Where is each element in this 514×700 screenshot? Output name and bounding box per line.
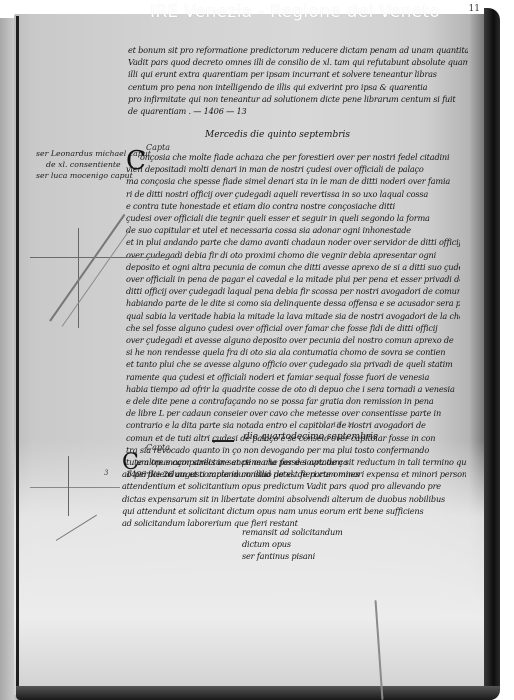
heading-dash — [212, 440, 234, 442]
text-line: e dele dite pene a contrafaçando no se p… — [126, 395, 460, 407]
text-line: ser fantinus pisani — [242, 550, 343, 562]
text-line: ditti officij over çudegadi laqual pena … — [126, 285, 460, 297]
text-line: over çudegadi et avesse alguno deposito … — [126, 334, 460, 346]
text-line: de suo capitular et utel et necessaria c… — [126, 224, 460, 236]
date-heading: Mercedis die quinto septembris — [205, 130, 350, 140]
text-line: de libre L per cadaun conseier over cavo… — [126, 407, 460, 419]
text-line: deposito et ogni altra pecunia de comun … — [126, 261, 460, 273]
text-line: habia tiempo ad ofrir la quadrite cosse … — [126, 383, 460, 395]
text-block-section2: um opus campanilis in sancti maria per d… — [136, 456, 466, 529]
margin-numeral: 3 — [104, 469, 108, 477]
page-right-edge-shadow — [484, 8, 500, 698]
text-line: attendentium et solicitantium opus predi… — [122, 480, 466, 492]
text-line: et bonum sit pro reformatione predictoru… — [128, 44, 468, 56]
text-line: ad perficiendum et complendum illud pote… — [122, 468, 466, 480]
date-heading-2: die quartodecimo septembris — [244, 432, 378, 442]
text-line: de quarentiam . — 1406 — 13 — [128, 105, 468, 117]
text-line: et in plui andando parte che damo avanti… — [126, 236, 460, 248]
margin-horizontal-rule-2 — [30, 487, 120, 488]
folio-number: 11 — [469, 4, 480, 14]
text-line: pro infirmitate qui non teneantur ad sol… — [128, 93, 468, 105]
text-line: remansit ad solicitandum — [242, 526, 343, 538]
text-line: habiando parte de le dite si como sia de… — [126, 297, 460, 309]
text-line: illi qui erunt extra quarentiam per ipsa… — [128, 68, 468, 80]
tally-marks: 14 · 13 · 11 — [318, 421, 355, 429]
text-line: over çudegadi debia fir di oto proximi c… — [126, 249, 460, 261]
text-line: ma conçosia che spesse fiade simel denar… — [126, 175, 460, 187]
margin-horizontal-rule — [30, 257, 180, 258]
text-line: ramente qua çudesi et officiali noderi e… — [126, 371, 460, 383]
text-line: dictas expensarum sit in libertate domin… — [122, 493, 466, 505]
text-line: qual sabia la veritade habia la mitade l… — [126, 310, 460, 322]
text-line: Vadit pars quod decreto omnes illi de co… — [128, 56, 468, 68]
text-line: vien depositadi molti denari in man de n… — [126, 163, 460, 175]
margin-vertical-rule-2 — [68, 456, 69, 516]
text-line: et tanto plui che se avesse alguno offic… — [126, 358, 460, 370]
text-line: ri de ditti nostri officij over çudegadi… — [126, 188, 460, 200]
text-line: çudesi over officiali die tegnir queli e… — [126, 212, 460, 224]
closing-note: remansit ad solicitandum dictum opus ser… — [242, 526, 343, 563]
watermark: IRE Venezia - Regione del Veneto — [150, 2, 440, 22]
text-block-continuation: et bonum sit pro reformatione predictoru… — [128, 44, 468, 117]
page-bottom-edge — [16, 686, 500, 700]
text-line: onçosia che molte fiade achaza che per f… — [140, 151, 460, 163]
text-line: over officiali in pena de pagar el caved… — [126, 273, 460, 285]
text-line: che sel fosse alguno çudesi over officia… — [126, 322, 460, 334]
text-line: tra sia revocado quanto in ço non devoga… — [126, 444, 460, 456]
text-line: um opus campanilis in sancti maria per d… — [136, 456, 466, 468]
text-line: dictum opus — [242, 538, 343, 550]
text-line: e contra tute honestade et etiam dio con… — [126, 200, 460, 212]
capta-label-2: Capta — [146, 443, 170, 452]
text-line: qui attendunt et solicitant dictum opus … — [122, 505, 466, 517]
binding-gutter — [16, 16, 19, 696]
text-line: centum pro pena non intelligendo de illi… — [128, 81, 468, 93]
text-line: si he non rendesse quela fra di oto sia … — [126, 346, 460, 358]
text-line: contrario e la dita parte sia notada ent… — [126, 419, 460, 431]
